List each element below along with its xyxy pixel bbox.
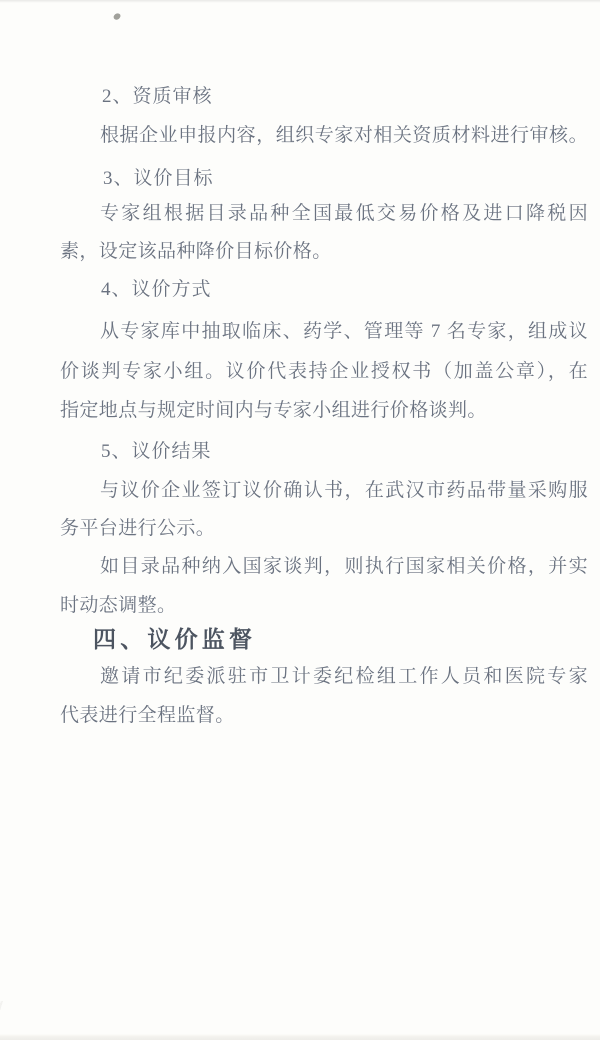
text-line: 根据企业申报内容，组织专家对相关资质材料进行审核。 — [60, 121, 588, 151]
document-body: 2、资质审核根据企业申报内容，组织专家对相关资质材料进行审核。3、议价目标专家组… — [60, 0, 588, 1040]
sub-heading: 3、议价目标 — [60, 164, 588, 194]
text-line: 时动态调整。 — [60, 591, 588, 621]
document-page: 2、资质审核根据企业申报内容，组织专家对相关资质材料进行审核。3、议价目标专家组… — [0, 0, 600, 1040]
sub-heading: 4、议价方式 — [60, 275, 588, 305]
section-heading: 四、议价监督 — [60, 624, 588, 654]
sub-heading: 2、资质审核 — [60, 82, 588, 112]
text-line: 如目录品种纳入国家谈判，则执行国家相关价格，并实 — [60, 552, 588, 582]
text-line: 指定地点与规定时间内与专家小组进行价格谈判。 — [60, 396, 588, 426]
text-line: 邀请市纪委派驻市卫计委纪检组工作人员和医院专家 — [60, 662, 588, 692]
scan-artifact-corner-smudge — [0, 998, 30, 1032]
text-line: 代表进行全程监督。 — [60, 701, 588, 731]
scan-artifact-speckles — [0, 0, 2, 2]
text-line: 与议价企业签订议价确认书，在武汉市药品带量采购服 — [60, 476, 588, 506]
text-line: 价谈判专家小组。议价代表持企业授权书（加盖公章），在 — [60, 357, 588, 387]
scan-edge-bottom — [0, 1034, 600, 1040]
text-line: 专家组根据目录品种全国最低交易价格及进口降税因 — [60, 199, 588, 229]
sub-heading: 5、议价结果 — [60, 437, 588, 467]
text-line: 从专家库中抽取临床、药学、管理等 7 名专家，组成议 — [60, 317, 588, 347]
text-line: 务平台进行公示。 — [60, 514, 588, 544]
text-line: 素，设定该品种降价目标价格。 — [60, 237, 588, 267]
